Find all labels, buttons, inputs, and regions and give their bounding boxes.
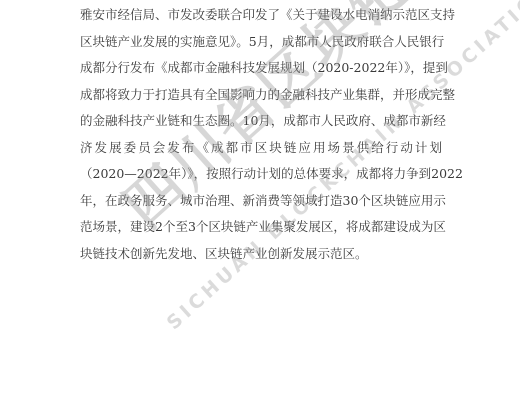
paragraph: 雅安市经信局、市发改委联合印发了《关于建设水电消纳示范区支持 区块链产业发展的实… [80, 0, 442, 267]
paragraph-line: 雅安市经信局、市发改委联合印发了《关于建设水电消纳示范区支持 [80, 2, 442, 29]
paragraph-line: 范场景，建设2个至3个区块链产业集聚发展区，将成都建设成为区 [80, 214, 442, 241]
document-page: 雅安市经信局、市发改委联合印发了《关于建设水电消纳示范区支持 区块链产业发展的实… [0, 0, 520, 400]
paragraph-line: 块链技术创新先发地、区块链产业创新发展示范区。 [80, 241, 442, 268]
paragraph-line: 济发展委员会发布《成都市区块链应用场景供给行动计划 [80, 135, 442, 162]
paragraph-line: 成都分行发布《成都市金融科技发展规划（2020-2022年）》，提到 [80, 55, 442, 82]
paragraph-line: 年，在政务服务、城市治理、新消费等领域打造30个区块链应用示 [80, 188, 442, 215]
paragraph-line: 区块链产业发展的实施意见》。5月，成都市人民政府联合人民银行 [80, 29, 442, 56]
paragraph-line: 成都将致力于打造具有全国影响力的金融科技产业集群，并形成完整 [80, 82, 442, 109]
paragraph-line: 的金融科技产业链和生态圈。10月，成都市人民政府、成都市新经 [80, 108, 442, 135]
paragraph-line: （2020—2022年）》，按照行动计划的总体要求，成都将力争到2022 [80, 161, 442, 188]
